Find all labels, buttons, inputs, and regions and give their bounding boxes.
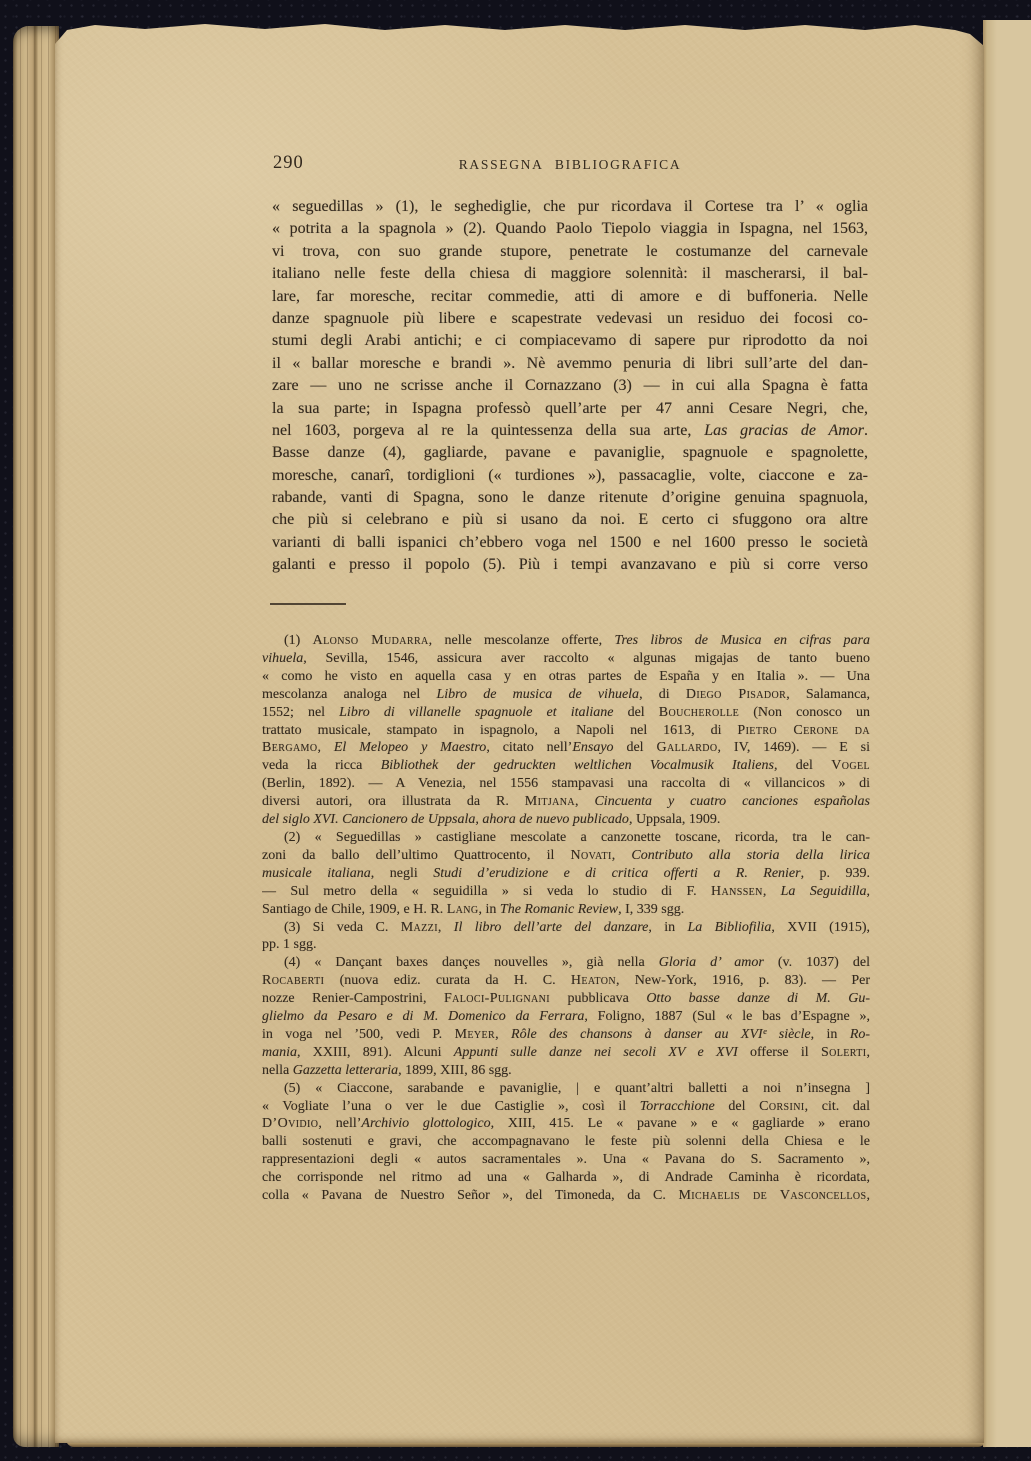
text-segment: Solerti — [821, 1045, 867, 1060]
text-segment: Gallardo — [656, 740, 717, 755]
page-header: 290 RASSEGNA BIBLIOGRAFICA — [272, 152, 868, 178]
text-segment: diversi autori, ora illustrata da R. — [262, 794, 525, 809]
text-segment: , del — [774, 758, 831, 773]
text-line: (3) Si veda C. Mazzi, Il libro dell’arte… — [262, 919, 870, 937]
text-segment: del — [614, 740, 657, 755]
text-segment: « como he visto en aquella casa y en otr… — [262, 669, 870, 684]
text-segment: (Non conosco un — [739, 705, 870, 720]
text-segment: mania — [262, 1045, 297, 1060]
text-segment: , — [317, 740, 333, 755]
text-segment: Ro- — [850, 1027, 870, 1042]
text-segment: vi trova, con suo grande stupore, penetr… — [272, 243, 868, 260]
text-segment: , XVII (1915), — [771, 920, 870, 935]
text-segment: che corrisponde nel ritmo ad una « Galha… — [262, 1170, 870, 1185]
text-line: (2) « Seguedillas » castigliane mescolat… — [262, 829, 870, 847]
text-line: il « ballar moresche e brandi ». Nè avem… — [272, 353, 868, 375]
text-segment: , 1899, XIII, 86 sgg. — [398, 1063, 512, 1078]
text-segment: , New-York, 1916, p. 83). — Per — [616, 973, 870, 988]
text-line: colla « Pavana de Nuestro Señor », del T… — [262, 1187, 870, 1205]
text-segment: Heaton — [571, 973, 616, 988]
text-segment: « seguedillas » (1), le seghediglie, che… — [272, 198, 868, 215]
text-line: zoni da ballo dell’ultimo Quattrocento, … — [262, 847, 870, 865]
text-segment: zoni da ballo dell’ultimo Quattrocento, … — [262, 848, 571, 863]
text-segment: del siglo XVI. Cancionero de Uppsala, ah… — [262, 812, 629, 827]
text-line: — Sul metro della « seguidilla » si veda… — [262, 883, 870, 901]
text-line: mescolanza analoga nel Libro de musica d… — [262, 686, 870, 704]
text-segment: El Melopeo y Maestro — [334, 740, 486, 755]
text-segment: , in — [479, 902, 500, 917]
text-segment: Rôle des chansons à danser au XVIᵉ siècl… — [511, 1027, 811, 1042]
text-segment: italiano nelle feste della chiesa di mag… — [272, 265, 868, 282]
text-segment: Gazzetta letteraria — [293, 1063, 398, 1078]
text-line: (1) Alonso Mudarra, nelle mescolanze off… — [262, 632, 870, 650]
text-line: del siglo XVI. Cancionero de Uppsala, ah… — [262, 811, 870, 829]
text-segment: (5) « Ciaccone, sarabande e pavaniglie, … — [284, 1081, 870, 1096]
text-segment: , — [495, 1027, 511, 1042]
text-segment: nozze Renier-Campostrini, — [262, 991, 444, 1006]
text-segment: moresche, canarî, tordiglioni (« turdion… — [272, 467, 868, 484]
text-line: nella Gazzetta letteraria, 1899, XIII, 8… — [262, 1062, 870, 1080]
text-line: Bergamo, El Melopeo y Maestro, citato ne… — [262, 739, 870, 757]
text-segment: Rocaberti — [262, 973, 324, 988]
text-segment: pp. 1 sgg. — [262, 937, 316, 952]
text-segment: Las gracias de Amor — [704, 422, 864, 439]
page-number: 290 — [273, 152, 304, 174]
text-segment: Ensayo — [572, 740, 613, 755]
text-segment: stumi degli Arabi antichi; e ci compiace… — [272, 332, 868, 349]
text-segment: Contributo alla storia della lirica — [631, 848, 870, 863]
text-segment: Il libro dell’arte del danzare — [454, 920, 649, 935]
text-segment: la sua parte; in Ispagna professò quell’… — [272, 400, 868, 417]
text-segment: La Bibliofilia — [687, 920, 771, 935]
text-segment: Faloci-Pulignani — [444, 991, 550, 1006]
text-segment: , — [867, 1045, 871, 1060]
text-segment: , Salamanca, — [786, 687, 870, 702]
text-segment: nella — [262, 1063, 293, 1078]
text-segment: rabande, vanti di Spagna, sono le danze … — [272, 489, 868, 506]
text-line: « como he visto en aquella casa y en otr… — [262, 668, 870, 686]
text-segment: Vogel — [831, 758, 870, 773]
text-line: vihuela, Sevilla, 1546, assicura aver ra… — [262, 650, 870, 668]
text-segment: lare, far moresche, recitar commedie, at… — [272, 288, 868, 305]
text-segment: , in — [648, 920, 687, 935]
text-segment: Pietro Cerone da — [737, 723, 870, 738]
text-segment: (3) Si veda C. — [284, 920, 401, 935]
text-line: lare, far moresche, recitar commedie, at… — [272, 286, 868, 308]
text-line: Basse danze (4), gagliarde, pavane e pav… — [272, 442, 868, 464]
text-segment: colla « Pavana de Nuestro Señor », del T… — [262, 1188, 678, 1203]
text-segment: Torracchione — [640, 1099, 715, 1114]
text-line: danze spagnuole più libere e scapestrate… — [272, 308, 868, 330]
text-line: italiano nelle feste della chiesa di mag… — [272, 263, 868, 285]
text-segment: il « ballar moresche e brandi ». Nè avem… — [272, 355, 868, 372]
book-scan: 290 RASSEGNA BIBLIOGRAFICA « seguedillas… — [0, 0, 1031, 1461]
text-segment: Meyer — [455, 1027, 496, 1042]
text-segment: , citato nell’ — [486, 740, 572, 755]
text-segment: Mitjana — [525, 794, 575, 809]
text-segment: Studi d’erudizione e di critica offerti … — [433, 866, 800, 881]
text-segment: , Uppsala, 1909. — [629, 812, 720, 827]
text-segment: , XXIII, 891). Alcuni — [297, 1045, 454, 1060]
text-line: musicale italiana, negli Studi d’erudizi… — [262, 865, 870, 883]
text-segment: trattato musicale, stampato in ispagnolo… — [262, 723, 737, 738]
footnote-separator — [270, 603, 346, 605]
text-segment: (v. 1037) del — [764, 955, 870, 970]
page-edge-stack — [13, 26, 59, 1447]
text-segment: vihuela — [262, 651, 303, 666]
text-segment: Lang — [447, 902, 479, 917]
text-segment: Corsini — [759, 1099, 804, 1114]
text-line: balli sostenuti e gravi, che accompagnav… — [262, 1133, 870, 1151]
text-segment: (2) « Seguedillas » castigliane mescolat… — [284, 830, 870, 845]
text-segment: Hanssen — [711, 884, 763, 899]
text-segment: , p. 939. — [801, 866, 870, 881]
text-segment: (nuova ediz. curata da H. C. — [324, 973, 571, 988]
text-segment: del — [715, 1099, 759, 1114]
text-segment: Michaelis de Vasconcellos — [678, 1188, 866, 1203]
text-segment: Basse danze (4), gagliarde, pavane e pav… — [272, 444, 868, 461]
text-segment: Otto basse danze di M. Gu- — [646, 991, 870, 1006]
text-line: veda la ricca Bibliothek der gedruckten … — [262, 757, 870, 775]
text-segment: , — [438, 920, 454, 935]
text-segment: mescolanza analoga nel — [262, 687, 436, 702]
text-segment: , XIII, 415. Le « pavane » e « gagliarde… — [491, 1116, 870, 1131]
text-line: mania, XXIII, 891). Alcuni Appunti sulle… — [262, 1044, 870, 1062]
text-segment: (1) — [284, 633, 313, 648]
text-segment: glielmo da Pesaro e di M. Domenico da Fe… — [262, 1009, 584, 1024]
text-segment: Tres libros de Musica en cifras para — [614, 633, 870, 648]
text-line: diversi autori, ora illustrata da R. Mit… — [262, 793, 870, 811]
text-segment: , — [763, 884, 781, 899]
text-segment: Appunti sulle danze nei secoli XV e XVI — [454, 1045, 738, 1060]
text-line: « Vogliate l’una o ver le due Castiglie … — [262, 1098, 870, 1116]
text-segment: Alonso Mudarra — [313, 633, 429, 648]
text-segment: « potrita a la spagnola » (2). Quando Pa… — [272, 220, 868, 237]
text-segment: , I, 339 sgg. — [618, 902, 684, 917]
text-segment: danze spagnuole più libere e scapestrate… — [272, 310, 868, 327]
footnotes: (1) Alonso Mudarra, nelle mescolanze off… — [262, 632, 870, 1205]
text-line: nozze Renier-Campostrini, Faloci-Puligna… — [262, 990, 870, 1008]
text-segment: , negli — [371, 866, 433, 881]
text-line: che più si celebrano e più si usano da n… — [272, 509, 868, 531]
text-line: 1552; nel Libro di villanelle spagnuole … — [262, 704, 870, 722]
text-line: D’Ovidio, nell’Archivio glottologico, XI… — [262, 1115, 870, 1133]
text-segment: musicale italiana — [262, 866, 371, 881]
text-segment: Bibliothek der gedruckten weltlichen Voc… — [381, 758, 774, 773]
text-line: trattato musicale, stampato in ispagnolo… — [262, 722, 870, 740]
text-line: (Berlin, 1892). — A Venezia, nel 1556 st… — [262, 775, 870, 793]
underlying-page — [983, 20, 1031, 1447]
text-segment: galanti e presso il popolo (5). Più i te… — [272, 556, 868, 573]
text-segment: The Romanic Review — [500, 902, 618, 917]
text-segment: Bergamo — [262, 740, 317, 755]
text-segment: Novati — [571, 848, 612, 863]
text-segment: Boucherolle — [659, 705, 739, 720]
text-line: (5) « Ciaccone, sarabande e pavaniglie, … — [262, 1080, 870, 1098]
text-segment: , — [612, 848, 632, 863]
text-line: stumi degli Arabi antichi; e ci compiace… — [272, 330, 868, 352]
text-segment: in voga nel ’500, vedi P. — [262, 1027, 455, 1042]
text-segment: zare — uno ne scrisse anche il Cornazzan… — [272, 377, 868, 394]
text-segment: , Foligno, 1887 (Sul « le bas d’Espagne … — [584, 1009, 870, 1024]
text-segment: nel 1603, porgeva al re la quintessenza … — [272, 422, 704, 439]
text-line: moresche, canarî, tordiglioni (« turdion… — [272, 465, 868, 487]
text-line: la sua parte; in Ispagna professò quell’… — [272, 398, 868, 420]
text-segment: . — [864, 422, 868, 439]
text-segment: offerse il — [738, 1045, 821, 1060]
text-line: galanti e presso il popolo (5). Più i te… — [272, 554, 868, 576]
text-line: vi trova, con suo grande stupore, penetr… — [272, 241, 868, 263]
text-line: in voga nel ’500, vedi P. Meyer, Rôle de… — [262, 1026, 870, 1044]
text-segment: Cincuenta y cuatro canciones españolas — [594, 794, 870, 809]
text-line: che corrisponde nel ritmo ad una « Galha… — [262, 1169, 870, 1187]
text-segment: Libro di villanelle spagnuole et italian… — [339, 705, 613, 720]
text-segment: varianti di balli ispanici ch’ebbero vog… — [272, 534, 868, 551]
text-segment: balli sostenuti e gravi, che accompagnav… — [262, 1134, 870, 1149]
text-segment: , — [867, 1188, 871, 1203]
text-segment: del — [614, 705, 659, 720]
text-segment: 1552; nel — [262, 705, 339, 720]
text-segment: , in — [811, 1027, 850, 1042]
text-segment: , IV, 1469). — E si — [718, 740, 870, 755]
text-line: « potrita a la spagnola » (2). Quando Pa… — [272, 218, 868, 240]
text-line: « seguedillas » (1), le seghediglie, che… — [272, 196, 868, 218]
text-segment: (4) « Dançant baxes dançes nouvelles », … — [284, 955, 659, 970]
text-segment: , — [867, 884, 870, 899]
text-segment: Santiago de Chile, 1909, e H. R. — [262, 902, 447, 917]
text-segment: , nelle mescolanze offerte, — [429, 633, 615, 648]
text-segment: pubblicava — [550, 991, 646, 1006]
running-title: RASSEGNA BIBLIOGRAFICA — [272, 152, 868, 173]
text-segment: Diego Pisador — [686, 687, 786, 702]
text-line: rabande, vanti di Spagna, sono le danze … — [272, 487, 868, 509]
text-segment: , — [575, 794, 594, 809]
text-segment: , cit. dal — [805, 1099, 870, 1114]
text-segment: (Berlin, 1892). — A Venezia, nel 1556 st… — [262, 776, 870, 791]
text-segment: Libro de musica de vihuela — [436, 687, 639, 702]
text-line: (4) « Dançant baxes dançes nouvelles », … — [262, 954, 870, 972]
text-line: pp. 1 sgg. — [262, 936, 870, 954]
text-segment: Archivio glottologico — [361, 1116, 490, 1131]
text-segment: La Seguidilla — [781, 884, 867, 899]
body-text: « seguedillas » (1), le seghediglie, che… — [272, 196, 868, 577]
text-segment: veda la ricca — [262, 758, 381, 773]
text-segment: che più si celebrano e più si usano da n… — [272, 511, 868, 528]
text-line: nel 1603, porgeva al re la quintessenza … — [272, 420, 868, 442]
text-segment: , Sevilla, 1546, assicura aver raccolto … — [303, 651, 870, 666]
text-segment: « Vogliate l’una o ver le due Castiglie … — [262, 1099, 640, 1114]
text-line: Rocaberti (nuova ediz. curata da H. C. H… — [262, 972, 870, 990]
text-line: glielmo da Pesaro e di M. Domenico da Fe… — [262, 1008, 870, 1026]
book-page: 290 RASSEGNA BIBLIOGRAFICA « seguedillas… — [55, 0, 984, 1443]
text-segment: — Sul metro della « seguidilla » si veda… — [262, 884, 711, 899]
text-line: zare — uno ne scrisse anche il Cornazzan… — [272, 375, 868, 397]
text-segment: D’Ovidio — [262, 1116, 318, 1131]
text-segment: , di — [639, 687, 686, 702]
text-segment: Gloria d’ amor — [659, 955, 764, 970]
text-segment: , nell’ — [318, 1116, 361, 1131]
text-segment: Mazzi — [401, 920, 438, 935]
text-line: rappresentazioni degli « autos sacrament… — [262, 1151, 870, 1169]
text-segment: rappresentazioni degli « autos sacrament… — [262, 1152, 870, 1167]
text-line: Santiago de Chile, 1909, e H. R. Lang, i… — [262, 901, 870, 919]
text-line: varianti di balli ispanici ch’ebbero vog… — [272, 532, 868, 554]
